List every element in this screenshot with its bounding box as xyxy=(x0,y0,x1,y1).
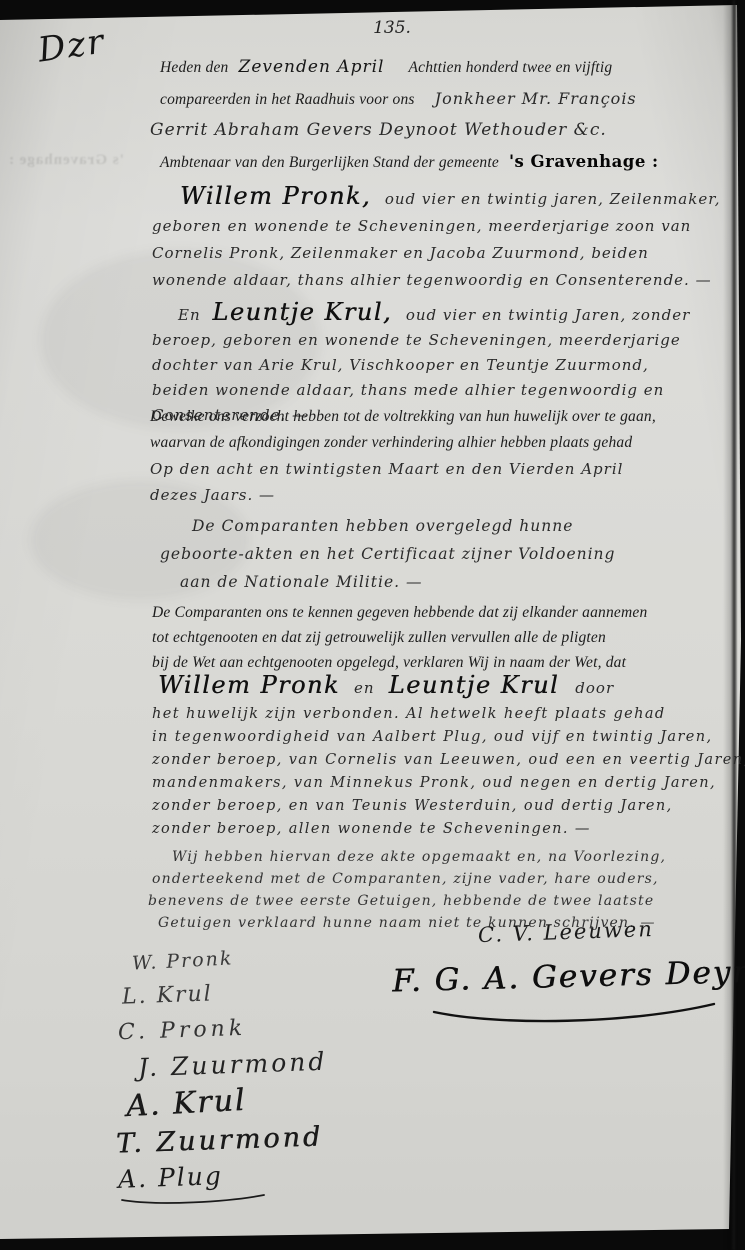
opening-written-official-title: Jonkheer Mr. François xyxy=(435,89,637,108)
groom-name: Willem Pronk, xyxy=(180,182,371,210)
closing-line-3: benevens de twee eerste Getuigen, hebben… xyxy=(148,890,738,912)
opening-line-2: compareerden in het Raadhuis voor ons Jo… xyxy=(160,83,745,115)
bride-line-4: beiden wonende aldaar, thans mede alhier… xyxy=(152,378,740,403)
opening-written-official-name: Gerrit Abraham Gevers Deynoot Wethouder … xyxy=(150,120,607,140)
witnesses-line-3: zonder beroep, van Cornelis van Leeuwen,… xyxy=(152,749,742,772)
documents-line-3: aan de Nationale Militie. — xyxy=(180,568,720,596)
bride-line-2: beroep, geboren en wonende te Schevening… xyxy=(152,328,740,353)
request-line-2: waarvan de afkondigingen zonder verhinde… xyxy=(150,430,742,456)
witnesses-line-4: mandenmakers, van Minnekus Pronk, oud ne… xyxy=(152,772,742,795)
documents-line-2: geboorte-akten en het Certificaat zijner… xyxy=(160,540,720,568)
bride-line-1-rest: oud vier en twintig Jaren, zonder xyxy=(406,306,690,324)
bleed-through-header: 's Gravenhage : xyxy=(8,152,124,169)
bride-prefix: En xyxy=(178,306,201,324)
opening-paragraph: Heden den Zevenden April Achttien honder… xyxy=(160,52,745,178)
union-line: Willem Pronk en Leuntje Krul door xyxy=(158,671,742,699)
groom-line-4: wonende aldaar, thans alhier tegenwoordi… xyxy=(152,267,740,294)
documents-line-1: De Comparanten hebben overgelegd hunne xyxy=(192,512,720,540)
opening-line-4: Ambtenaar van den Burgerlijken Stand der… xyxy=(160,146,745,178)
declaration-line-2: tot echtgenooten en dat zij getrouwelijk… xyxy=(152,625,742,650)
witnesses-line-5: zonder beroep, en van Teunis Westerduin,… xyxy=(152,795,742,818)
groom-paragraph: Willem Pronk, oud vier en twintig jaren,… xyxy=(152,183,740,294)
opening-printed-ambtenaar: Ambtenaar van den Burgerlijken Stand der… xyxy=(160,154,499,171)
request-line-1: Dewelke ons verzocht hebben tot de voltr… xyxy=(150,404,742,430)
union-connector: en xyxy=(354,679,375,697)
bride-name: Leuntje Krul, xyxy=(212,298,392,326)
request-line-4: dezes Jaars. — xyxy=(150,482,742,508)
declaration-paragraph: De Comparanten ons te kennen gegeven heb… xyxy=(152,600,742,675)
union-groom-name: Willem Pronk xyxy=(158,671,340,699)
groom-line-1-rest: oud vier en twintig jaren, Zeilenmaker, xyxy=(385,190,721,208)
documents-paragraph: De Comparanten hebben overgelegd hunne g… xyxy=(160,512,720,596)
groom-line-2: geboren en wonende te Scheveningen, meer… xyxy=(152,213,740,240)
witnesses-line-2: in tegenwoordigheid van Aalbert Plug, ou… xyxy=(152,726,742,749)
union-bride-name: Leuntje Krul xyxy=(389,671,560,699)
opening-printed-year: Achttien honderd twee en vijftig xyxy=(408,59,612,76)
signature-underline-flourish xyxy=(118,1192,268,1206)
bride-line-3: dochter van Arie Krul, Vischkooper en Te… xyxy=(152,353,740,378)
witnesses-paragraph: het huwelijk zijn verbonden. Al hetwelk … xyxy=(152,703,742,841)
groom-line-3: Cornelis Pronk, Zeilenmaker en Jacoba Zu… xyxy=(152,240,740,267)
signature-l-krul: L. Krul xyxy=(122,981,214,1009)
opening-line-1: Heden den Zevenden April Achttien honder… xyxy=(160,52,745,83)
witnesses-line-1: het huwelijk zijn verbonden. Al hetwelk … xyxy=(152,703,742,726)
document-scan: 's Gravenhage : Dzr 135. Heden den Zeven… xyxy=(0,0,745,1250)
witnesses-line-6: zonder beroep, allen wonende te Scheveni… xyxy=(152,818,742,841)
signature-a-plug: A. Plug xyxy=(118,1161,224,1194)
opening-line-3: Gerrit Abraham Gevers Deynoot Wethouder … xyxy=(150,115,745,146)
opening-written-date: Zevenden April xyxy=(239,57,385,77)
signature-c-pronk: C. Pronk xyxy=(118,1016,247,1045)
closing-line-2: onderteekend met de Comparanten, zijne v… xyxy=(152,868,738,890)
opening-printed-heden: Heden den xyxy=(160,59,229,76)
union-suffix: door xyxy=(575,679,614,697)
groom-line-1: Willem Pronk, oud vier en twintig jaren,… xyxy=(152,183,740,213)
bride-line-1: En Leuntje Krul, oud vier en twintig Jar… xyxy=(152,300,740,328)
signature-a-krul: A. Krul xyxy=(125,1083,247,1124)
page-number: 135. xyxy=(352,18,432,38)
opening-printed-compareerden: compareerden in het Raadhuis voor ons xyxy=(160,91,415,108)
request-line-3: Op den acht en twintigsten Maart en den … xyxy=(150,456,742,482)
opening-city-name: 's Gravenhage : xyxy=(509,152,659,171)
signature-flourish xyxy=(430,1000,720,1026)
declaration-line-1: De Comparanten ons te kennen gegeven heb… xyxy=(152,600,742,625)
request-paragraph: Dewelke ons verzocht hebben tot de voltr… xyxy=(150,404,742,508)
closing-line-1: Wij hebben hiervan deze akte opgemaakt e… xyxy=(172,846,738,868)
